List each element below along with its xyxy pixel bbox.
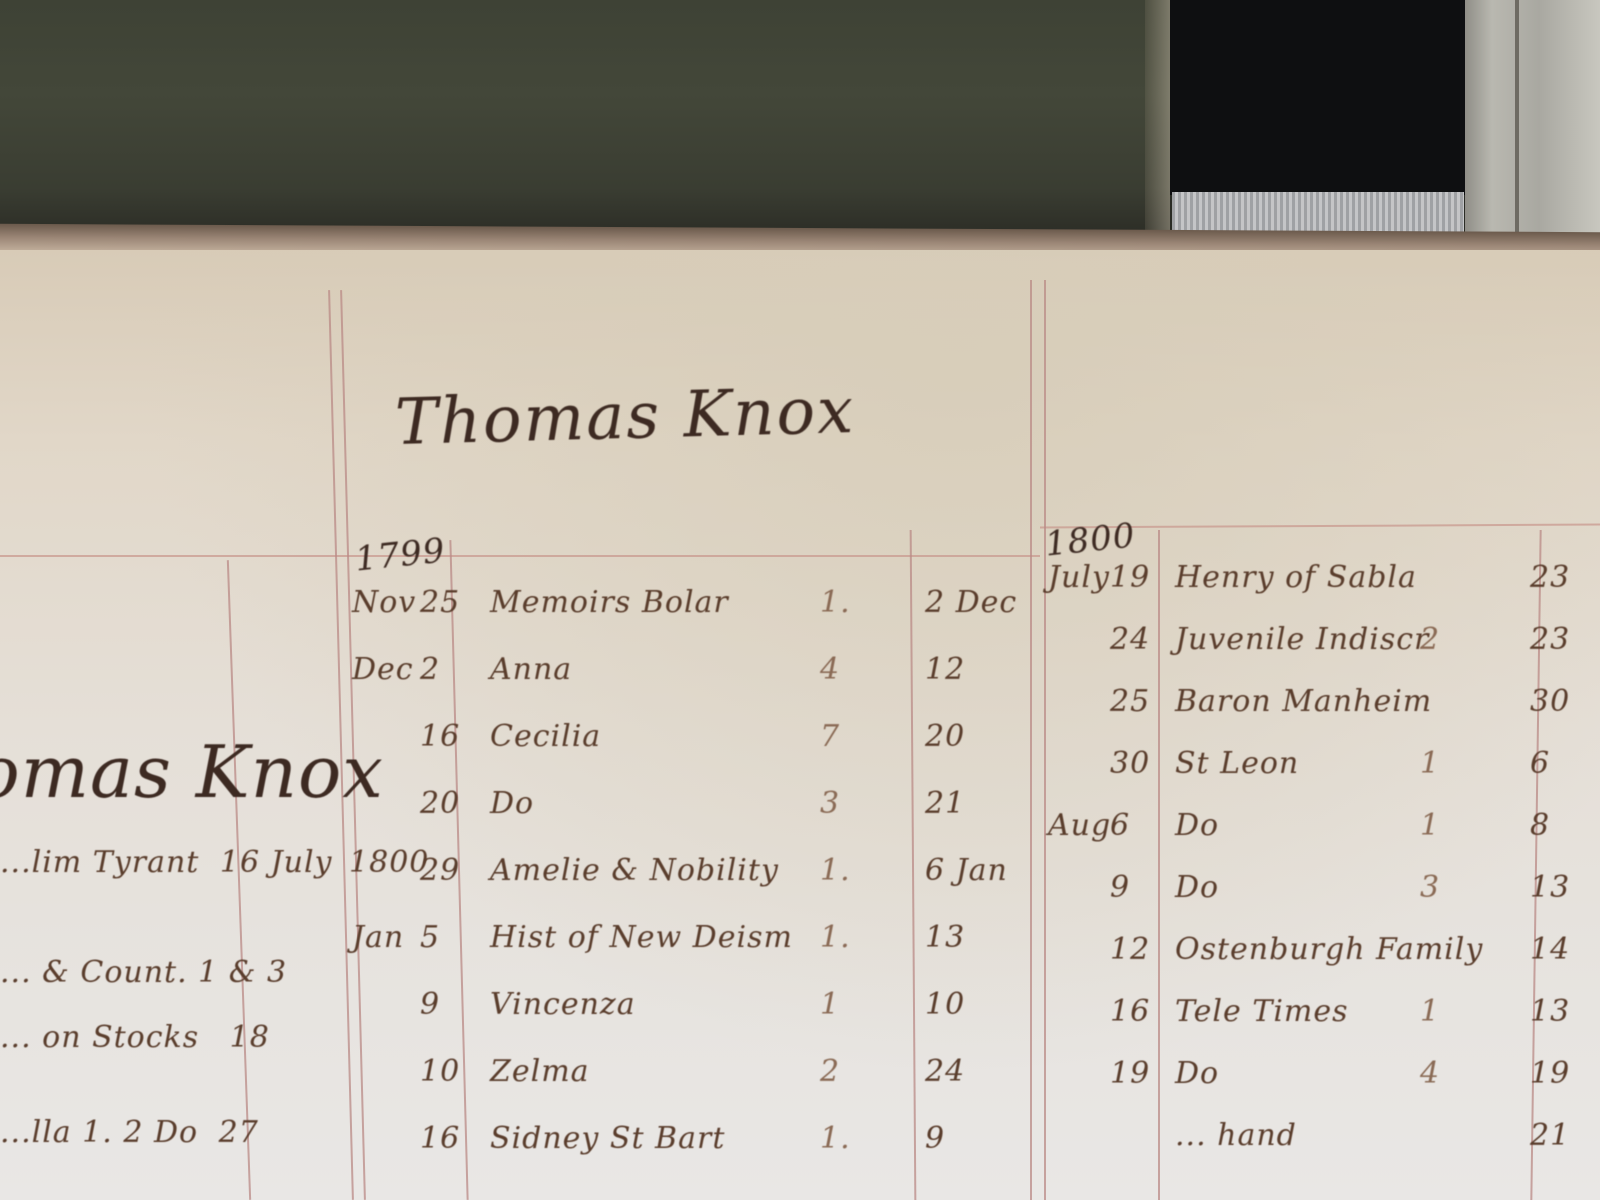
entry-date: 27: [219, 1115, 259, 1150]
entry-amount: 19: [1530, 1056, 1570, 1091]
column-rule: [1158, 530, 1160, 1200]
entry-title: Amelie & Nobility: [490, 853, 779, 888]
entry-day: 24: [1110, 622, 1150, 657]
entry-amount: 6: [1530, 746, 1550, 781]
entry-month: Aug: [1048, 808, 1111, 843]
left-entry: ...lla 1. 2 Do 27: [0, 1115, 259, 1150]
entry-day: 29: [420, 853, 460, 888]
entry-amount: 14: [1530, 932, 1570, 967]
entry-amount: 6 Jan: [925, 853, 1008, 888]
entry-day: 19: [1110, 560, 1150, 595]
header-rule: [0, 555, 1040, 557]
entry-day: 20: [420, 786, 460, 821]
entry-qty: 3: [820, 786, 840, 821]
ledger-paper: Thomas Knox Thomas Knox ...lim Tyrant 16…: [0, 250, 1600, 1200]
entry-text: ...lla 1. 2 Do: [0, 1115, 198, 1150]
column-rule: [910, 530, 916, 1200]
entry-day: 9: [1110, 870, 1130, 905]
entry-qty: 4: [1420, 1056, 1440, 1091]
entry-day: 10: [420, 1054, 460, 1089]
entry-day: 16: [420, 1121, 460, 1156]
entry-day: 25: [420, 585, 460, 620]
entry-amount: 20: [925, 719, 965, 754]
year-label: 1800: [1043, 515, 1137, 564]
entry-qty: 3: [1420, 870, 1440, 905]
entry-amount: 30: [1530, 684, 1570, 719]
entry-amount: 21: [925, 786, 965, 821]
entry-day: 5: [420, 920, 440, 955]
entry-qty: 1: [820, 987, 840, 1022]
entry-qty: 2: [820, 1054, 840, 1089]
entry-title: Tele Times: [1175, 994, 1349, 1029]
entry-amount: 21: [1530, 1118, 1570, 1153]
left-entry: ... on Stocks 18: [0, 1020, 270, 1055]
entry-day: 16: [1110, 994, 1150, 1029]
entry-title: Memoirs Bolar: [490, 585, 729, 620]
entry-amount: 13: [1530, 994, 1570, 1029]
column-rule: [227, 560, 251, 1200]
entry-day: 19: [1110, 1056, 1150, 1091]
entry-month: July: [1048, 560, 1110, 595]
left-entry: ...lim Tyrant 16 July 1800: [0, 845, 429, 880]
entry-qty: 1: [1420, 808, 1440, 843]
entry-month: Dec: [352, 652, 414, 687]
entry-amount: 12: [925, 652, 965, 687]
entry-title: Do: [1175, 870, 1219, 905]
entry-qty: 1.: [820, 920, 851, 955]
ledger-photo: Thomas Knox Thomas Knox ...lim Tyrant 16…: [0, 0, 1600, 1200]
entry-qty: 1: [1420, 746, 1440, 781]
entry-amount: 13: [925, 920, 965, 955]
year-label: 1799: [353, 530, 447, 579]
entry-year: 1800: [349, 845, 429, 880]
entry-title: ... hand: [1175, 1118, 1297, 1153]
page-heading: Thomas Knox: [394, 374, 856, 460]
entry-title: Hist of New Deism: [490, 920, 793, 955]
entry-amount: 13: [1530, 870, 1570, 905]
entry-amount: 9: [925, 1121, 945, 1156]
book-spine: [1465, 0, 1600, 250]
entry-amount: 23: [1530, 560, 1570, 595]
entry-qty: 4: [820, 652, 840, 687]
entry-amount: 10: [925, 987, 965, 1022]
book-cover-background: [0, 0, 1170, 235]
entry-title: Ostenburgh Family: [1175, 932, 1483, 967]
entry-date: 18: [230, 1020, 270, 1055]
entry-title: Vincenza: [490, 987, 636, 1022]
entry-title: Sidney St Bart: [490, 1121, 725, 1156]
entry-month: Jan: [352, 920, 404, 955]
entry-title: Do: [1175, 808, 1219, 843]
entry-title: Juvenile Indiscr: [1175, 622, 1429, 657]
entry-title: Do: [1175, 1056, 1219, 1091]
margin-rule: [1044, 280, 1046, 1200]
entry-day: 12: [1110, 932, 1150, 967]
left-entry: ... & Count. 1 & 3: [0, 955, 287, 990]
entry-day: 6: [1110, 808, 1130, 843]
dark-background-gap: [1170, 0, 1470, 195]
entry-day: 30: [1110, 746, 1150, 781]
entry-day: 16: [420, 719, 460, 754]
entry-qty: 2: [1420, 622, 1440, 657]
entry-title: Do: [490, 786, 534, 821]
entry-title: Anna: [490, 652, 572, 687]
entry-title: Cecilia: [490, 719, 601, 754]
margin-rule: [1030, 280, 1032, 1200]
entry-day: 9: [420, 987, 440, 1022]
entry-amount: 23: [1530, 622, 1570, 657]
entry-title: St Leon: [1175, 746, 1299, 781]
entry-amount: 24: [925, 1054, 965, 1089]
entry-text: ...lim Tyrant: [0, 845, 199, 880]
entry-qty: 7: [820, 719, 840, 754]
entry-qty: 1.: [820, 1121, 851, 1156]
entry-text: ... on Stocks: [0, 1020, 199, 1055]
entry-day: 2: [420, 652, 440, 687]
entry-qty: 1: [1420, 994, 1440, 1029]
entry-title: Zelma: [490, 1054, 590, 1089]
left-page-heading: Thomas Knox: [0, 730, 384, 814]
entry-qty: 1.: [820, 585, 851, 620]
entry-amount: 2 Dec: [925, 585, 1017, 620]
entry-title: Henry of Sabla: [1175, 560, 1417, 595]
entry-qty: 1.: [820, 853, 851, 888]
entry-amount: 8: [1530, 808, 1550, 843]
entry-date: 16 July: [220, 845, 333, 880]
entry-title: Baron Manheim: [1175, 684, 1432, 719]
entry-month: Nov: [352, 585, 416, 620]
entry-day: 25: [1110, 684, 1150, 719]
entry-text: ... & Count. 1 & 3: [0, 955, 287, 990]
